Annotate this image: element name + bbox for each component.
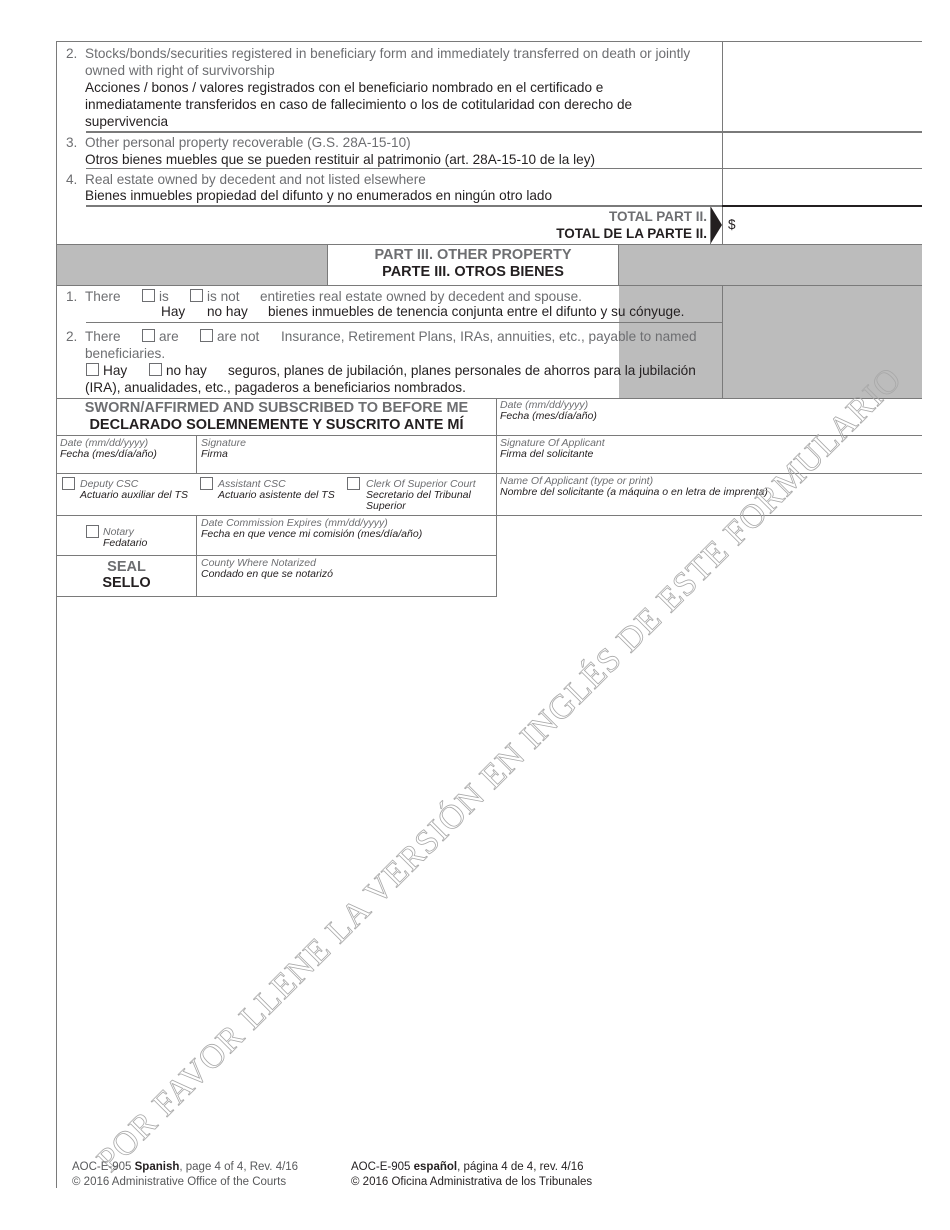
- item-2-es-1: seguros, planes de jubilación, planes pe…: [228, 362, 696, 379]
- footer-right-copyright: © 2016 Oficina Administrativa de los Tri…: [351, 1175, 592, 1190]
- sworn-title-en: SWORN/AFFIRMED AND SUBSCRIBED TO BEFORE …: [57, 400, 496, 417]
- item-2-es-line-3: supervivencia: [85, 113, 168, 130]
- commission-expires-field[interactable]: [197, 516, 496, 555]
- seal-label-en: SEAL: [57, 559, 196, 575]
- are-checkbox[interactable]: [142, 329, 155, 342]
- deputy-csc-label-es: Actuario auxiliar del TS: [80, 490, 188, 501]
- hay-checkbox[interactable]: [86, 363, 99, 376]
- divider: [56, 285, 922, 286]
- are-label: are: [159, 328, 179, 345]
- county-notarized-field[interactable]: [197, 556, 496, 596]
- item-2-amount-field[interactable]: [723, 42, 922, 131]
- item-4-es: Bienes inmuebles propiedad del difunto y…: [85, 187, 552, 204]
- no-hay-label: no hay: [207, 303, 248, 320]
- item-1-es: bienes inmuebles de tenencia conjunta en…: [268, 303, 684, 320]
- divider: [86, 322, 722, 323]
- item-2-es-line-2: inmediatamente transferidos en caso de f…: [85, 96, 632, 113]
- hay-label: Hay: [161, 303, 185, 320]
- applicant-signature-field[interactable]: [497, 436, 922, 473]
- seal-label-es: SELLO: [57, 575, 196, 591]
- is-not-checkbox[interactable]: [190, 289, 203, 302]
- deputy-csc-checkbox[interactable]: [62, 477, 75, 490]
- hay-label: Hay: [103, 362, 127, 379]
- divider: [722, 285, 723, 398]
- item-2-en-1: Insurance, Retirement Plans, IRAs, annui…: [281, 328, 697, 345]
- item-number: 4.: [66, 171, 77, 188]
- item-2-es-2: (IRA), anualidades, etc., pagaderos a be…: [85, 379, 466, 396]
- divider: [497, 515, 922, 516]
- item-3-es: Otros bienes muebles que se pueden resti…: [85, 151, 595, 168]
- applicant-name-field[interactable]: [497, 474, 922, 515]
- sworn-signature-field[interactable]: [197, 436, 496, 473]
- item-4-amount-field[interactable]: [723, 169, 922, 205]
- total-part2-amount-field[interactable]: [740, 207, 922, 243]
- clerk-label-es-2: Superior: [366, 501, 406, 512]
- total-currency: $: [728, 216, 736, 233]
- notary-label-es: Fedatario: [103, 538, 147, 549]
- item-4-en: Real estate owned by decedent and not li…: [85, 171, 426, 188]
- part3-title-en: PART III. OTHER PROPERTY: [328, 247, 618, 264]
- divider: [56, 473, 496, 474]
- item-number: 3.: [66, 134, 77, 151]
- no-hay-label: no hay: [166, 362, 207, 379]
- notary-checkbox[interactable]: [86, 525, 99, 538]
- there-label: There: [85, 328, 121, 345]
- footer-right-form: AOC-E-905 español, página 4 de 4, rev. 4…: [351, 1160, 584, 1175]
- footer-left-form: AOC-E-905 Spanish, page 4 of 4, Rev. 4/1…: [72, 1160, 298, 1175]
- footer-left-copyright: © 2016 Administrative Office of the Cour…: [72, 1175, 286, 1190]
- sworn-title-es: DECLARADO SOLEMNEMENTE Y SUSCRITO ANTE M…: [57, 417, 496, 434]
- divider: [56, 596, 497, 597]
- item-3-en: Other personal property recoverable (G.S…: [85, 134, 411, 151]
- item-number: 1.: [66, 288, 77, 305]
- total-part2-label-es: TOTAL DE LA PARTE II.: [556, 226, 707, 242]
- is-checkbox[interactable]: [142, 289, 155, 302]
- sworn-date-field[interactable]: [57, 436, 196, 473]
- assistant-csc-label-es: Actuario asistente del TS: [218, 490, 335, 501]
- divider: [86, 205, 722, 207]
- header-shade-left: [57, 245, 327, 285]
- no-hay-checkbox[interactable]: [149, 363, 162, 376]
- are-not-label: are not: [217, 328, 259, 345]
- assistant-csc-checkbox[interactable]: [200, 477, 213, 490]
- frame-left: [56, 41, 57, 1188]
- item-2-en-line-2: owned with right of survivorship: [85, 62, 275, 79]
- item-2-es-line-1: Acciones / bonos / valores registrados c…: [85, 79, 603, 96]
- are-not-checkbox[interactable]: [200, 329, 213, 342]
- total-part2-label-en: TOTAL PART II.: [609, 209, 707, 225]
- clerk-superior-court-checkbox[interactable]: [347, 477, 360, 490]
- there-label: There: [85, 288, 121, 305]
- item-number: 2.: [66, 328, 77, 345]
- item-number: 2.: [66, 45, 77, 62]
- item-2-en-2: beneficiaries.: [85, 345, 165, 362]
- arrow-right-icon: [711, 207, 722, 243]
- item-3-amount-field[interactable]: [723, 133, 922, 168]
- part3-title-es: PARTE III. OTROS BIENES: [328, 264, 618, 281]
- item-2-en-line-1: Stocks/bonds/securities registered in be…: [85, 45, 690, 62]
